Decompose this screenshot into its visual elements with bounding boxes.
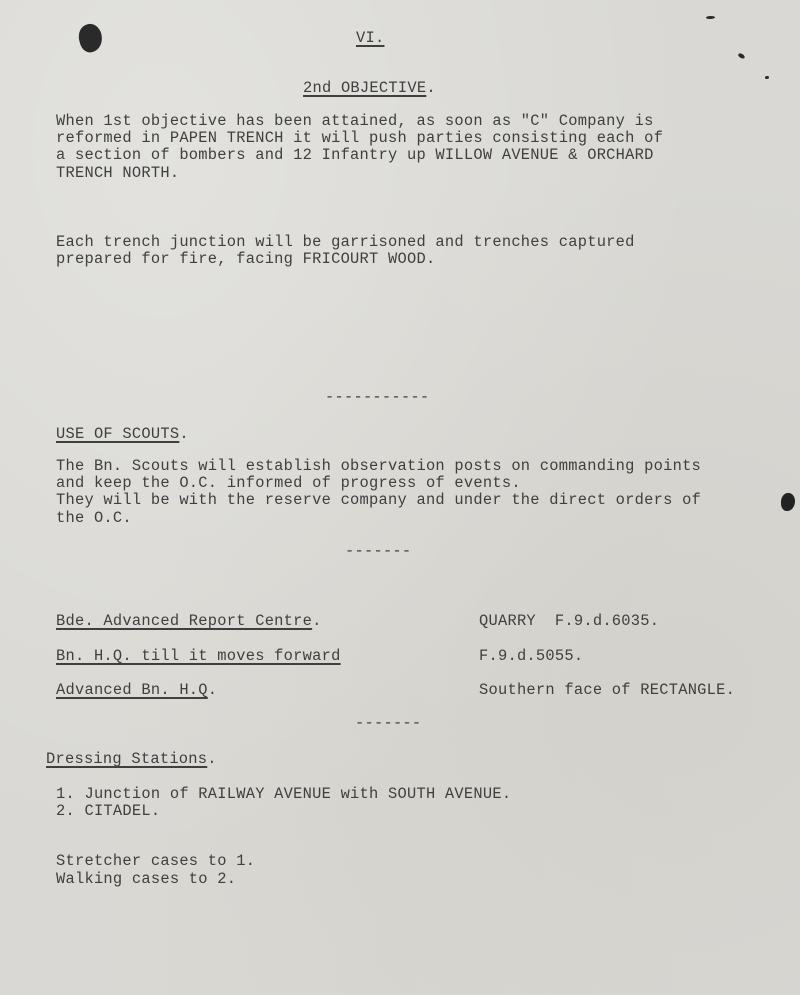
location-label: Advanced Bn. H.Q. (56, 682, 217, 700)
label-suffix: . (312, 612, 322, 630)
paragraph-line: The Bn. Scouts will establish observatio… (56, 458, 701, 476)
ink-spot (706, 16, 715, 19)
label-text: Advanced Bn. H.Q (56, 681, 208, 699)
location-value: QUARRY F.9.d.6035. (479, 613, 659, 631)
heading-period: . (179, 425, 189, 443)
ink-spot (765, 76, 769, 79)
paragraph-line: the O.C. (56, 510, 132, 528)
list-item: 2. CITADEL. (56, 803, 160, 821)
separator: ------- (355, 715, 421, 733)
location-value: Southern face of RECTANGLE. (479, 682, 735, 700)
label-suffix: . (208, 681, 218, 699)
paragraph-line: They will be with the reserve company an… (56, 492, 701, 510)
label-text: Bde. Advanced Report Centre (56, 612, 312, 630)
note-line: Stretcher cases to 1. (56, 853, 255, 871)
separator: ------- (345, 543, 411, 561)
heading-period: . (207, 750, 217, 768)
page-number: VI. (356, 30, 384, 48)
heading-period: . (426, 79, 436, 97)
location-label: Bn. H.Q. till it moves forward (56, 648, 341, 666)
section-heading-scouts: USE OF SCOUTS. (56, 426, 189, 444)
paragraph-line: prepared for fire, facing FRICOURT WOOD. (56, 251, 435, 269)
heading-text: Dressing Stations (46, 750, 207, 768)
location-label: Bde. Advanced Report Centre. (56, 613, 322, 631)
label-text: Bn. H.Q. till it moves forward (56, 647, 341, 665)
paragraph-line: TRENCH NORTH. (56, 165, 179, 183)
paragraph-line: a section of bombers and 12 Infantry up … (56, 147, 654, 165)
heading-text: 2nd OBJECTIVE (303, 79, 426, 97)
note-line: Walking cases to 2. (56, 871, 236, 889)
location-value: F.9.d.5055. (479, 648, 583, 666)
paragraph-line: Each trench junction will be garrisoned … (56, 234, 635, 252)
paragraph-line: and keep the O.C. informed of progress o… (56, 475, 521, 493)
ink-spot (737, 52, 745, 59)
paragraph-line: When 1st objective has been attained, as… (56, 113, 654, 131)
list-item: 1. Junction of RAILWAY AVENUE with SOUTH… (56, 786, 511, 804)
separator: ----------- (325, 389, 429, 407)
ink-blot (76, 22, 105, 55)
section-heading-dressing: Dressing Stations. (46, 751, 217, 769)
section-heading-objective: 2nd OBJECTIVE. (303, 80, 436, 98)
ink-blot (781, 493, 795, 511)
heading-text: USE OF SCOUTS (56, 425, 179, 443)
paragraph-line: reformed in PAPEN TRENCH it will push pa… (56, 130, 663, 148)
